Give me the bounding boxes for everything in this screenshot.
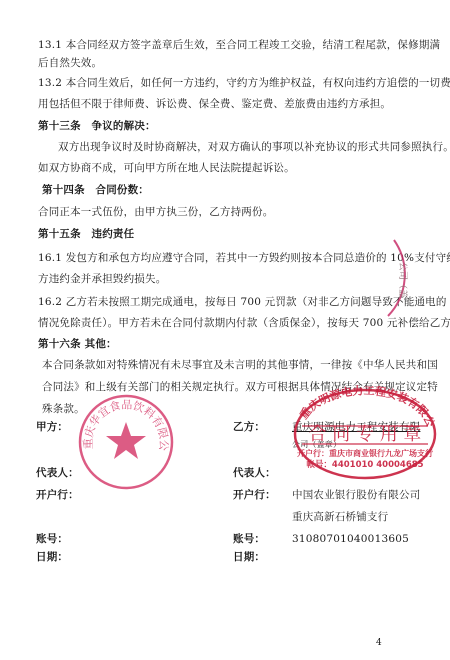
party-a-date-label: 日期：: [36, 550, 68, 564]
party-b-representative-label: 代表人：: [233, 466, 276, 480]
party-b-bank-line1: 中国农业银行股份有限公司: [292, 488, 420, 502]
party-b-bank-label: 开户行：: [233, 488, 276, 502]
article-13-line2: 如双方协商不成，可向甲方所在地人民法院提起诉讼。: [38, 161, 295, 175]
svg-text:公司（盖: 公司（盖: [397, 262, 409, 298]
clause-13-1-line1: 13.1 本合同经双方签字盖章后生效，至合同工程竣工交验，结清工程尾款，保修期满: [38, 38, 440, 52]
svg-text:合 同 专 用 章: 合 同 专 用 章: [309, 424, 422, 445]
clause-16-2-line2: 情况免除责任）。甲方若未在合同付款期内付款（含质保金），按每天 700 元补偿给…: [38, 316, 450, 330]
party-b-account-number: 31080701040013605: [292, 532, 409, 546]
party-b-label: 乙方：: [233, 420, 265, 434]
party-a-company-seal: 重庆华宜食品饮料有限公司: [76, 392, 176, 492]
edge-seal-fragment: 公司（盖: [384, 238, 424, 318]
article-16-line1: 本合同条款如对特殊情况有未尽事宜及未言明的其他事情，一律按《中华人民共和国: [42, 358, 438, 372]
clause-13-1-line2: 后自然失效。: [38, 56, 102, 70]
party-b-date-label: 日期：: [233, 550, 265, 564]
clause-13-2-line2: 用包括但不限于律师费、诉讼费、保全费、鉴定费、差旅费由违约方承担。: [38, 97, 391, 111]
party-b-account-label: 账号：: [233, 532, 265, 546]
article-16-title: 第十六条 其他：: [38, 337, 117, 351]
article-13-line1: 双方出现争议时及时协商解决，对双方确认的事项以补充协议的形式共同参照执行。: [58, 140, 450, 154]
article-14-line1: 合同正本一式伍份，由甲方执三份，乙方持两份。: [38, 205, 273, 219]
page-number: 4: [376, 638, 382, 648]
party-a-account-label: 账号：: [36, 532, 68, 546]
party-a-label: 甲方：: [36, 420, 68, 434]
svg-text:帐号：4401010 40004685: 帐号：4401010 40004685: [306, 459, 423, 470]
svg-text:开户行：重庆市商业银行九龙广场支行: 开户行：重庆市商业银行九龙广场支行: [297, 448, 433, 458]
party-a-representative-label: 代表人：: [36, 466, 79, 480]
party-a-bank-label: 开户行：: [36, 488, 79, 502]
clause-13-2-line1: 13.2 本合同生效后，如任何一方违约，守约方为维护权益，有权向违约方追偿的一切…: [38, 76, 450, 90]
article-15-title: 第十五条 违约责任: [38, 227, 134, 241]
clause-16-1-line2: 方违约金并承担毁约损失。: [38, 272, 166, 286]
article-13-title: 第十三条 争议的解决：: [38, 119, 156, 133]
article-14-title: 第十四条 合同份数：: [42, 183, 149, 197]
party-b-bank-line2: 重庆高新石桥铺支行: [292, 510, 388, 524]
party-b-contract-seal: 重庆明源电力工程安装有限公司 合 同 专 用 章 开户行：重庆市商业银行九龙广场…: [290, 382, 440, 482]
